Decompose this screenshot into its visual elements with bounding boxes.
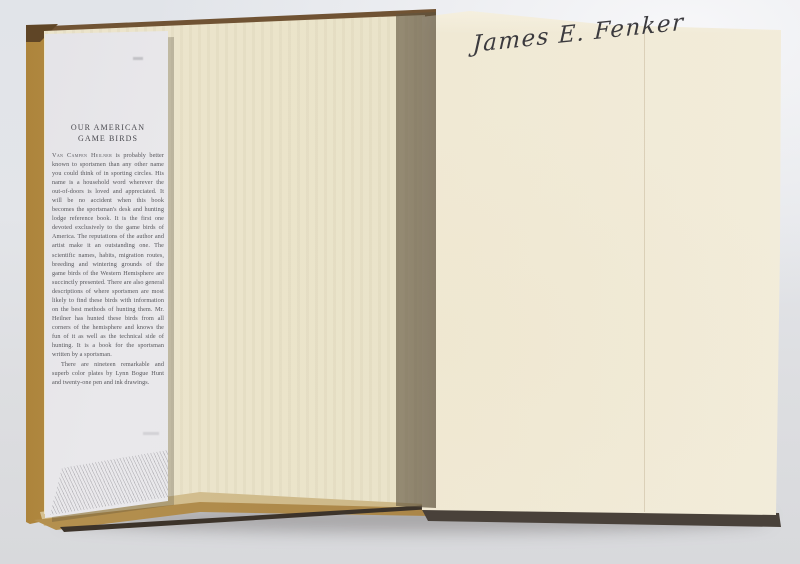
flap-description: Van Campen Heilner is probably better kn… bbox=[52, 151, 164, 387]
right-page-crease bbox=[644, 34, 645, 512]
book: OUR AMERICAN GAME BIRDS Van Campen Heiln… bbox=[0, 0, 800, 564]
flap-title-line2: GAME BIRDS bbox=[52, 133, 164, 144]
flap-paragraph-1: Van Campen Heilner is probably better kn… bbox=[52, 151, 164, 359]
flap-title: OUR AMERICAN GAME BIRDS bbox=[52, 122, 164, 144]
flap-text-block: OUR AMERICAN GAME BIRDS Van Campen Heiln… bbox=[52, 122, 164, 387]
flap-paragraph-2: There are nineteen remarkable and superb… bbox=[52, 360, 164, 387]
flap-author-smallcaps: Van Campen Heilner bbox=[52, 152, 112, 159]
faint-print-mark-price bbox=[143, 432, 159, 435]
flap-paragraph-1-text: is probably better known to sportsmen th… bbox=[52, 152, 164, 358]
flap-title-line1: OUR AMERICAN bbox=[52, 122, 164, 133]
faint-print-mark-top bbox=[133, 57, 143, 60]
